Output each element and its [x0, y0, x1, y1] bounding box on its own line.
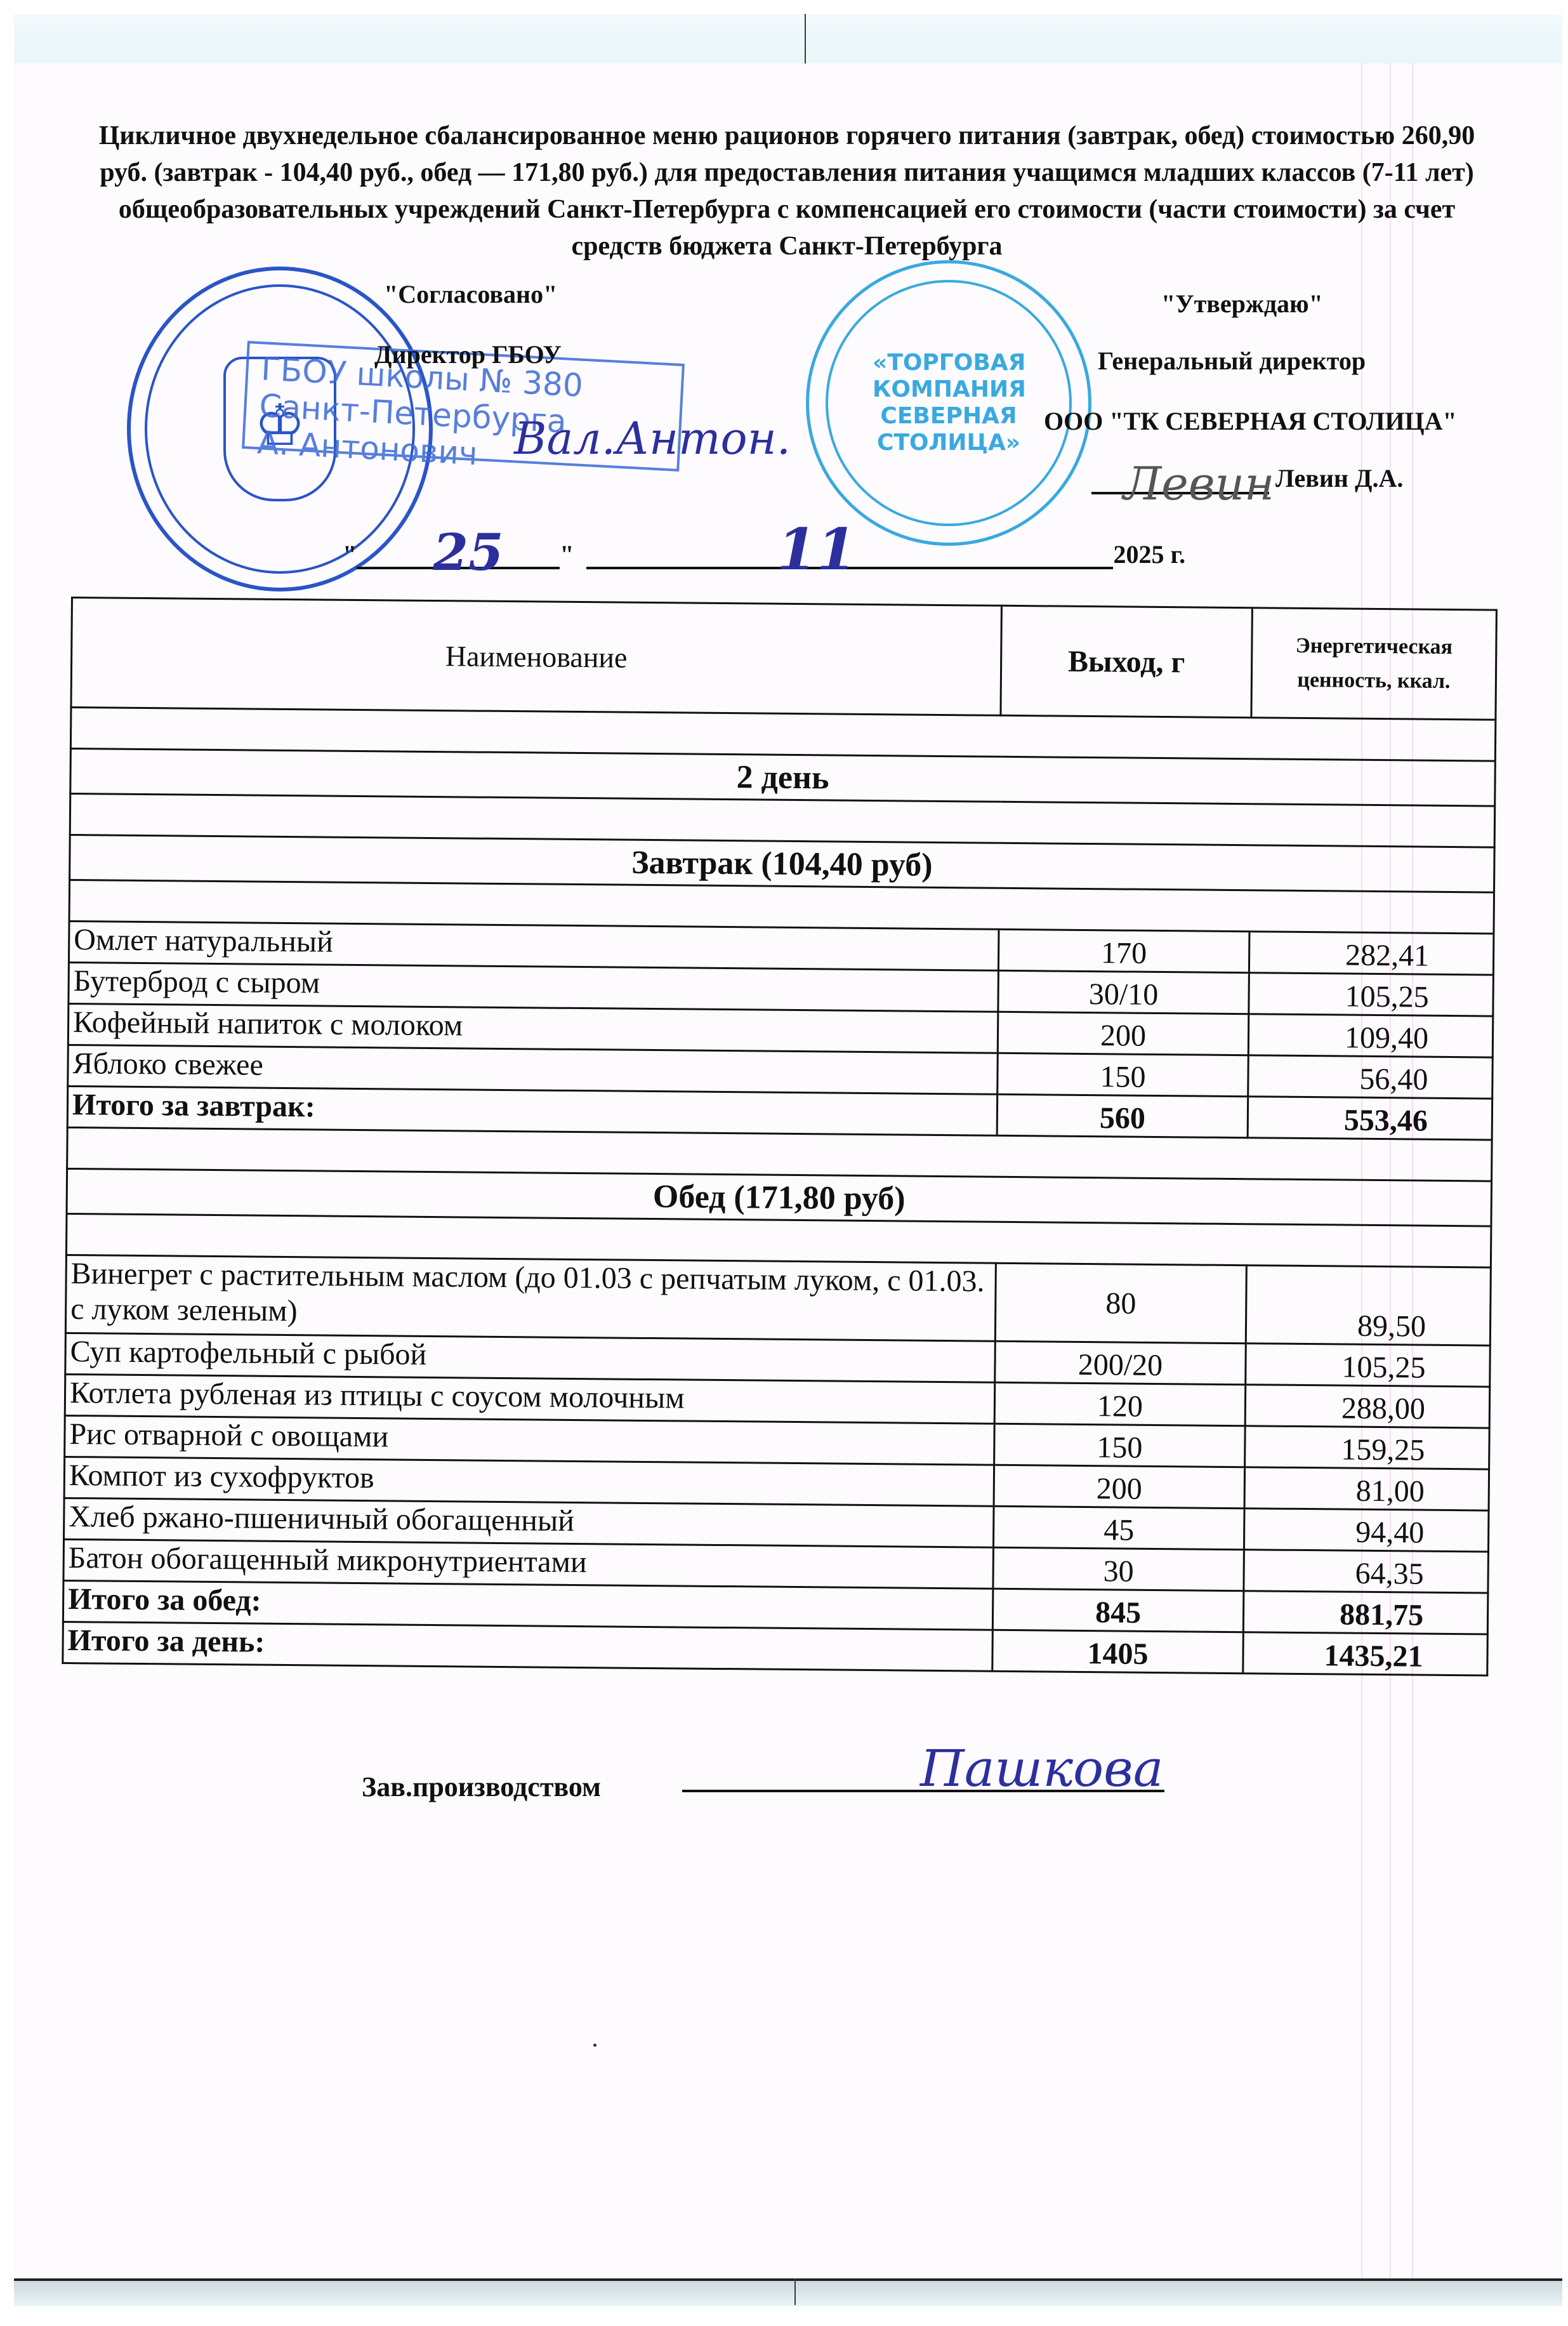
document-title: Цикличное двухнедельное сбалансированное…: [82, 117, 1491, 265]
agreed-heading: "Согласовано": [384, 279, 557, 310]
table-header-row: Наименование Выход, г Энергетическая цен…: [71, 598, 1496, 720]
item-output: 150: [994, 1424, 1246, 1467]
header-energy: Энергетическая ценность, ккал.: [1251, 608, 1496, 720]
item-output: 80: [995, 1263, 1246, 1343]
header-output: Выход, г: [1001, 605, 1252, 717]
approve-signature: Левин: [1123, 457, 1274, 510]
item-output: 170: [998, 929, 1249, 972]
day-total-energy: 1435,21: [1243, 1632, 1488, 1675]
approve-heading: "Утверждаю": [1161, 289, 1323, 319]
production-manager-signature: Пашкова: [920, 1739, 1163, 1798]
header-name: Наименование: [71, 598, 1001, 716]
item-output: 150: [998, 1053, 1249, 1096]
item-energy: 105,25: [1249, 973, 1494, 1016]
item-energy: 288,00: [1245, 1385, 1490, 1428]
date-close-quote: ": [560, 540, 574, 569]
production-manager-label: Зав.производством: [362, 1771, 601, 1803]
agreed-position: Директор ГБОУ: [374, 340, 562, 370]
item-energy: 159,25: [1245, 1426, 1490, 1469]
company-round-stamp: «ТОРГОВАЯ КОМПАНИЯ СЕВЕРНАЯ СТОЛИЦА»: [806, 260, 1091, 546]
item-output: 200/20: [995, 1341, 1246, 1384]
item-energy: 94,40: [1244, 1509, 1489, 1552]
scan-edge-top: [14, 14, 1562, 63]
approve-signer: Левин Д.А.: [1275, 463, 1403, 494]
item-output: 45: [993, 1506, 1244, 1549]
approve-position: Генеральный директор: [1098, 346, 1366, 376]
item-energy: 282,41: [1249, 932, 1494, 975]
approve-company: ООО "ТК СЕВЕРНАЯ СТОЛИЦА": [1044, 406, 1457, 437]
item-output: 120: [994, 1382, 1246, 1425]
item-energy: 81,00: [1244, 1467, 1489, 1510]
approval-date: "25" 112025 г.: [343, 539, 1185, 569]
item-energy: 64,35: [1244, 1550, 1489, 1593]
item-output: 200: [998, 1012, 1249, 1055]
item-energy: 109,40: [1248, 1014, 1493, 1057]
date-month-blank: 11: [586, 567, 1113, 569]
menu-table: Наименование Выход, г Энергетическая цен…: [62, 597, 1498, 1677]
date-day: 25: [433, 522, 503, 582]
total-energy: 553,46: [1248, 1097, 1492, 1140]
date-day-blank: 25: [357, 567, 560, 569]
date-open-quote: ": [343, 540, 357, 569]
total-energy: 881,75: [1243, 1591, 1488, 1634]
item-energy: 105,25: [1246, 1344, 1491, 1387]
item-output: 200: [994, 1465, 1245, 1508]
scan-speck: [593, 2044, 596, 2047]
item-output: 30/10: [998, 970, 1249, 1014]
day-total-output: 1405: [992, 1630, 1244, 1673]
total-output: 845: [992, 1589, 1244, 1632]
item-energy: 56,40: [1248, 1055, 1493, 1099]
item-name: Винегрет с растительным маслом (до 01.03…: [65, 1255, 996, 1341]
day-total-label: Итого за день:: [63, 1622, 993, 1671]
fold-line: [805, 14, 806, 65]
company-stamp-text: «ТОРГОВАЯ КОМПАНИЯ СЕВЕРНАЯ СТОЛИЦА»: [873, 350, 1025, 456]
director-signature: Вал.Антон.: [514, 413, 791, 465]
total-output: 560: [997, 1094, 1248, 1137]
date-month: 11: [777, 516, 856, 583]
item-output: 30: [993, 1547, 1244, 1590]
scan-edge-bottom: [14, 2278, 1562, 2306]
item-energy: 89,50: [1246, 1265, 1491, 1345]
date-year: 2025 г.: [1113, 540, 1185, 569]
table-row: Винегрет с растительным маслом (до 01.03…: [65, 1255, 1491, 1345]
fold-line: [794, 2278, 796, 2305]
